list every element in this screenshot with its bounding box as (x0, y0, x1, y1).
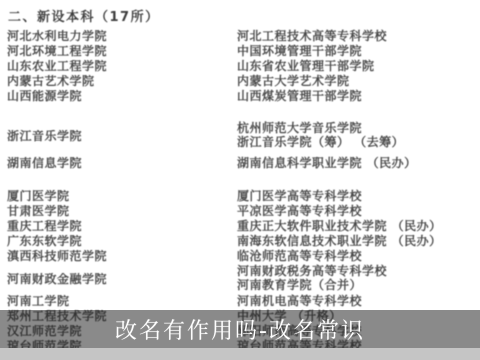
list-row: 甘肃医学院平凉医学高等专科学校 (7, 205, 478, 218)
former-school-line: 厦门医学高等专科学校 (237, 190, 478, 203)
list-row: 河北水利电力学院河北工程技术高等专科学校 (7, 30, 478, 43)
school-list: 河北水利电力学院河北工程技术高等专科学校河北环境工程学院中国环境管理干部学院山东… (7, 28, 478, 355)
former-school-line: 杭州师范大学音乐学院 (237, 122, 478, 135)
former-school-name: 河南财政税务高等专科学校河南教育学院（合并） (237, 265, 478, 293)
former-school-name: 河北工程技术高等专科学校 (237, 30, 478, 44)
list-row: 山东农业工程学院山东省农业管理干部学院 (7, 60, 478, 73)
former-school-name: 湖南信息科学职业学院 （民办） (237, 157, 478, 171)
former-school-name: 山西煤炭管理干部学院 (237, 90, 478, 104)
former-school-line: 山东省农业管理干部学院 (237, 60, 478, 73)
former-school-name: 厦门医学高等专科学校 (237, 190, 478, 204)
former-school-name: 山东省农业管理干部学院 (237, 60, 478, 74)
former-school-line: 南海东软信息技术职业学院 （民办） (237, 235, 478, 248)
list-row: 河南财政金融学院河南财政税务高等专科学校河南教育学院（合并） (7, 265, 478, 293)
new-school-name: 河南工学院 (7, 295, 237, 308)
former-school-name: 内蒙古大学艺术学院 (237, 75, 478, 89)
list-row: 内蒙古艺术学院内蒙古大学艺术学院 (7, 75, 478, 88)
list-row: 河北环境工程学院中国环境管理干部学院 (7, 45, 478, 58)
new-school-name: 山东农业工程学院 (7, 60, 237, 73)
list-row: 河南工学院河南机电高等专科学校 (7, 295, 478, 308)
document-page: 二、新设本科（17所） 河北水利电力学院河北工程技术高等专科学校河北环境工程学院… (0, 0, 480, 360)
new-school-name: 甘肃医学院 (7, 205, 237, 218)
list-row: 湖南信息学院湖南信息科学职业学院 （民办） (7, 157, 478, 170)
list-group: 河北水利电力学院河北工程技术高等专科学校河北环境工程学院中国环境管理干部学院山东… (7, 30, 478, 103)
former-school-line: 河南机电高等专科学校 (237, 295, 478, 308)
new-school-name: 重庆工程学院 (7, 220, 237, 233)
former-school-name: 杭州师范大学音乐学院浙江音乐学院（筹） （去筹） (237, 122, 478, 150)
new-school-name: 滇西科技师范学院 (7, 250, 237, 263)
former-school-line: 中国环境管理干部学院 (237, 45, 478, 58)
new-school-name: 浙江音乐学院 (7, 130, 237, 143)
list-row: 广东东软学院南海东软信息技术职业学院 （民办） (7, 235, 478, 248)
list-row: 重庆工程学院重庆正大软件职业技术学院 （民办） (7, 220, 478, 233)
new-school-name: 厦门医学院 (7, 190, 237, 203)
former-school-line: 湖南信息科学职业学院 （民办） (237, 157, 478, 170)
former-school-name: 中国环境管理干部学院 (237, 45, 478, 59)
caption-watermark: 改名有作用吗-改名常识 (115, 314, 365, 345)
list-row: 浙江音乐学院杭州师范大学音乐学院浙江音乐学院（筹） （去筹） (7, 122, 478, 150)
former-school-line: 山西煤炭管理干部学院 (237, 90, 478, 103)
list-row: 滇西科技师范学院临沧师范高等专科学校 (7, 250, 478, 263)
new-school-name: 内蒙古艺术学院 (7, 75, 237, 88)
new-school-name: 山西能源学院 (7, 90, 237, 103)
new-school-name: 河北水利电力学院 (7, 30, 237, 43)
former-school-line: 河南财政税务高等专科学校 (237, 265, 478, 278)
former-school-line: 平凉医学高等专科学校 (237, 205, 478, 218)
new-school-name: 广东东软学院 (7, 235, 237, 248)
former-school-name: 重庆正大软件职业技术学院 （民办） (237, 220, 478, 234)
former-school-name: 平凉医学高等专科学校 (237, 205, 478, 219)
former-school-line: 浙江音乐学院（筹） （去筹） (237, 136, 478, 149)
new-school-name: 河南财政金融学院 (7, 273, 237, 286)
new-school-name: 湖南信息学院 (7, 157, 237, 170)
former-school-name: 临沧师范高等专科学校 (237, 250, 478, 264)
former-school-line: 重庆正大软件职业技术学院 （民办） (237, 220, 478, 233)
former-school-line: 河南教育学院（合并） (237, 279, 478, 292)
former-school-name: 河南机电高等专科学校 (237, 295, 478, 309)
former-school-line: 内蒙古大学艺术学院 (237, 75, 478, 88)
former-school-line: 河北工程技术高等专科学校 (237, 30, 478, 43)
former-school-line: 临沧师范高等专科学校 (237, 250, 478, 263)
former-school-name: 南海东软信息技术职业学院 （民办） (237, 235, 478, 249)
section-title: 二、新设本科（17所） (8, 6, 160, 25)
caption-overlay: 改名有作用吗-改名常识 (0, 310, 480, 348)
bottom-strip (0, 348, 480, 360)
list-row: 山西能源学院山西煤炭管理干部学院 (7, 90, 478, 103)
article-body: 二、新设本科（17所） 河北水利电力学院河北工程技术高等专科学校河北环境工程学院… (0, 0, 480, 360)
list-group: 浙江音乐学院杭州师范大学音乐学院浙江音乐学院（筹） （去筹）湖南信息学院湖南信息… (7, 122, 478, 170)
new-school-name: 河北环境工程学院 (7, 45, 237, 58)
list-row: 厦门医学院厦门医学高等专科学校 (7, 190, 478, 203)
